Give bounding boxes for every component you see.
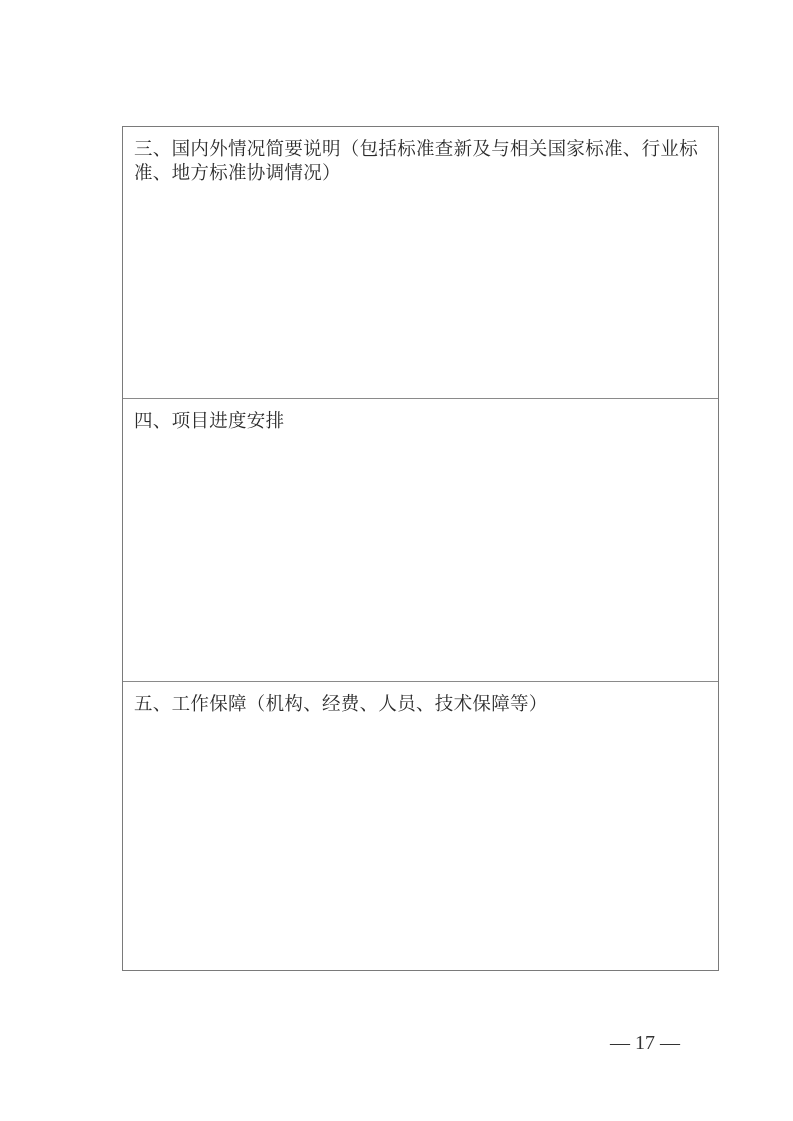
page-number: — 17 — [610,1031,680,1055]
form-table: 三、国内外情况简要说明（包括标准查新及与相关国家标准、行业标准、地方标准协调情况… [122,126,719,971]
section-heading: 三、国内外情况简要说明（包括标准查新及与相关国家标准、行业标准、地方标准协调情况… [123,127,718,186]
section-heading: 五、工作保障（机构、经费、人员、技术保障等） [123,682,718,717]
section-project-schedule: 四、项目进度安排 [123,398,718,681]
section-content-area[interactable] [123,439,718,681]
section-content-area[interactable] [123,191,718,398]
section-domestic-foreign-situation: 三、国内外情况简要说明（包括标准查新及与相关国家标准、行业标准、地方标准协调情况… [123,127,718,398]
section-heading: 四、项目进度安排 [123,399,718,434]
section-work-guarantee: 五、工作保障（机构、经费、人员、技术保障等） [123,681,718,971]
section-content-area[interactable] [123,722,718,971]
